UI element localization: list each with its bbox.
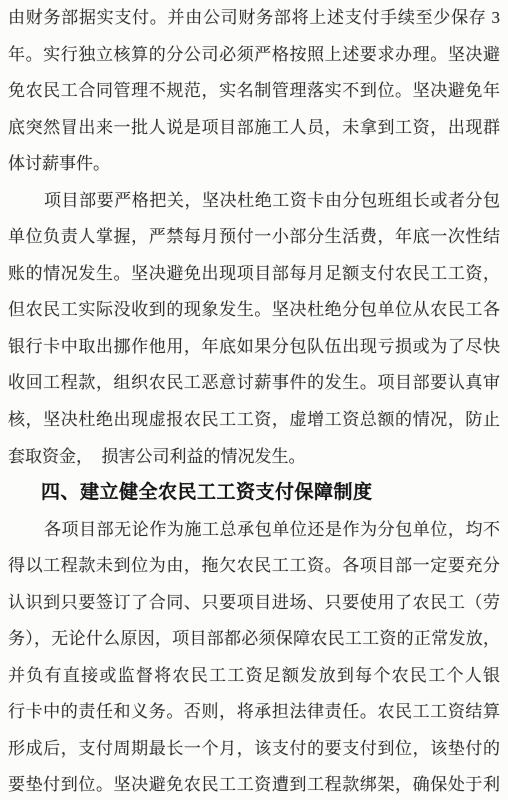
text-line: 项目部要严格把关，坚决杜绝工资卡由分包班组长或者分包 xyxy=(8,183,500,220)
text-line: 单位负责人掌握，严禁每月预付一小部分生活费，年底一次性结 xyxy=(8,219,500,256)
text-line: 行卡中的责任和义务。否则，将承担法律责任。农民工工资结算 xyxy=(8,694,500,731)
paragraph-2: 项目部要严格把关，坚决杜绝工资卡由分包班组长或者分包 单位负责人掌握，严禁每月预… xyxy=(8,183,500,475)
text-line: 认识到只要签订了合同、只要项目进场、只要使用了农民工（劳 xyxy=(8,585,500,622)
text-line: 要垫付到位。坚决避免农民工工资遭到工程款绑架，确保处于利 xyxy=(8,767,500,800)
text-line: 账的情况发生。坚决避免出现项目部每月足额支付农民工工资， xyxy=(8,256,500,293)
text-line: 并负有直接或监督将农民工工资足额发放到每个农民工个人银 xyxy=(8,658,500,695)
text-line: 收回工程款，组织农民工恶意讨薪事件的发生。项目部要认真审 xyxy=(8,365,500,402)
text-line: 得以工程款未到位为由，拖欠农民工工资。各项目部一定要充分 xyxy=(8,548,500,585)
text-line: 年。实行独立核算的分公司必须严格按照上述要求办理。坚决避 xyxy=(8,37,500,74)
paragraph-3: 各项目部无论作为施工总承包单位还是作为分包单位，均不 得以工程款未到位为由，拖欠… xyxy=(8,512,500,800)
document-page: 由财务部据实支付。并由公司财务部将上述支付手续至少保存 3 年。实行独立核算的分… xyxy=(0,0,508,800)
text-line: 体讨薪事件。 xyxy=(8,146,500,183)
text-line: 核，坚决杜绝出现虚报农民工工资，虚增工资总额的情况，防止 xyxy=(8,402,500,439)
section-heading: 四、建立健全农民工工资支付保障制度 xyxy=(8,475,500,512)
text-line: 由财务部据实支付。并由公司财务部将上述支付手续至少保存 3 xyxy=(8,0,500,37)
text-line: 套取资金， 损害公司利益的情况发生。 xyxy=(8,439,500,476)
text-line: 免农民工合同管理不规范，实名制管理落实不到位。坚决避免年 xyxy=(8,73,500,110)
text-line: 但农民工实际没收到的现象发生。坚决杜绝分包单位从农民工各 xyxy=(8,292,500,329)
text-line: 形成后，支付周期最长一个月，该支付的要支付到位，该垫付的 xyxy=(8,731,500,768)
text-line: 各项目部无论作为施工总承包单位还是作为分包单位，均不 xyxy=(8,512,500,549)
paragraph-1: 由财务部据实支付。并由公司财务部将上述支付手续至少保存 3 年。实行独立核算的分… xyxy=(8,0,500,183)
text-line: 底突然冒出来一批人说是项目部施工人员，未拿到工资，出现群 xyxy=(8,110,500,147)
text-line: 银行卡中取出挪作他用，年底如果分包队伍出现亏损或为了尽快 xyxy=(8,329,500,366)
text-line: 务），无论什么原因，项目部都必须保障农民工工资的正常发放， xyxy=(8,621,500,658)
